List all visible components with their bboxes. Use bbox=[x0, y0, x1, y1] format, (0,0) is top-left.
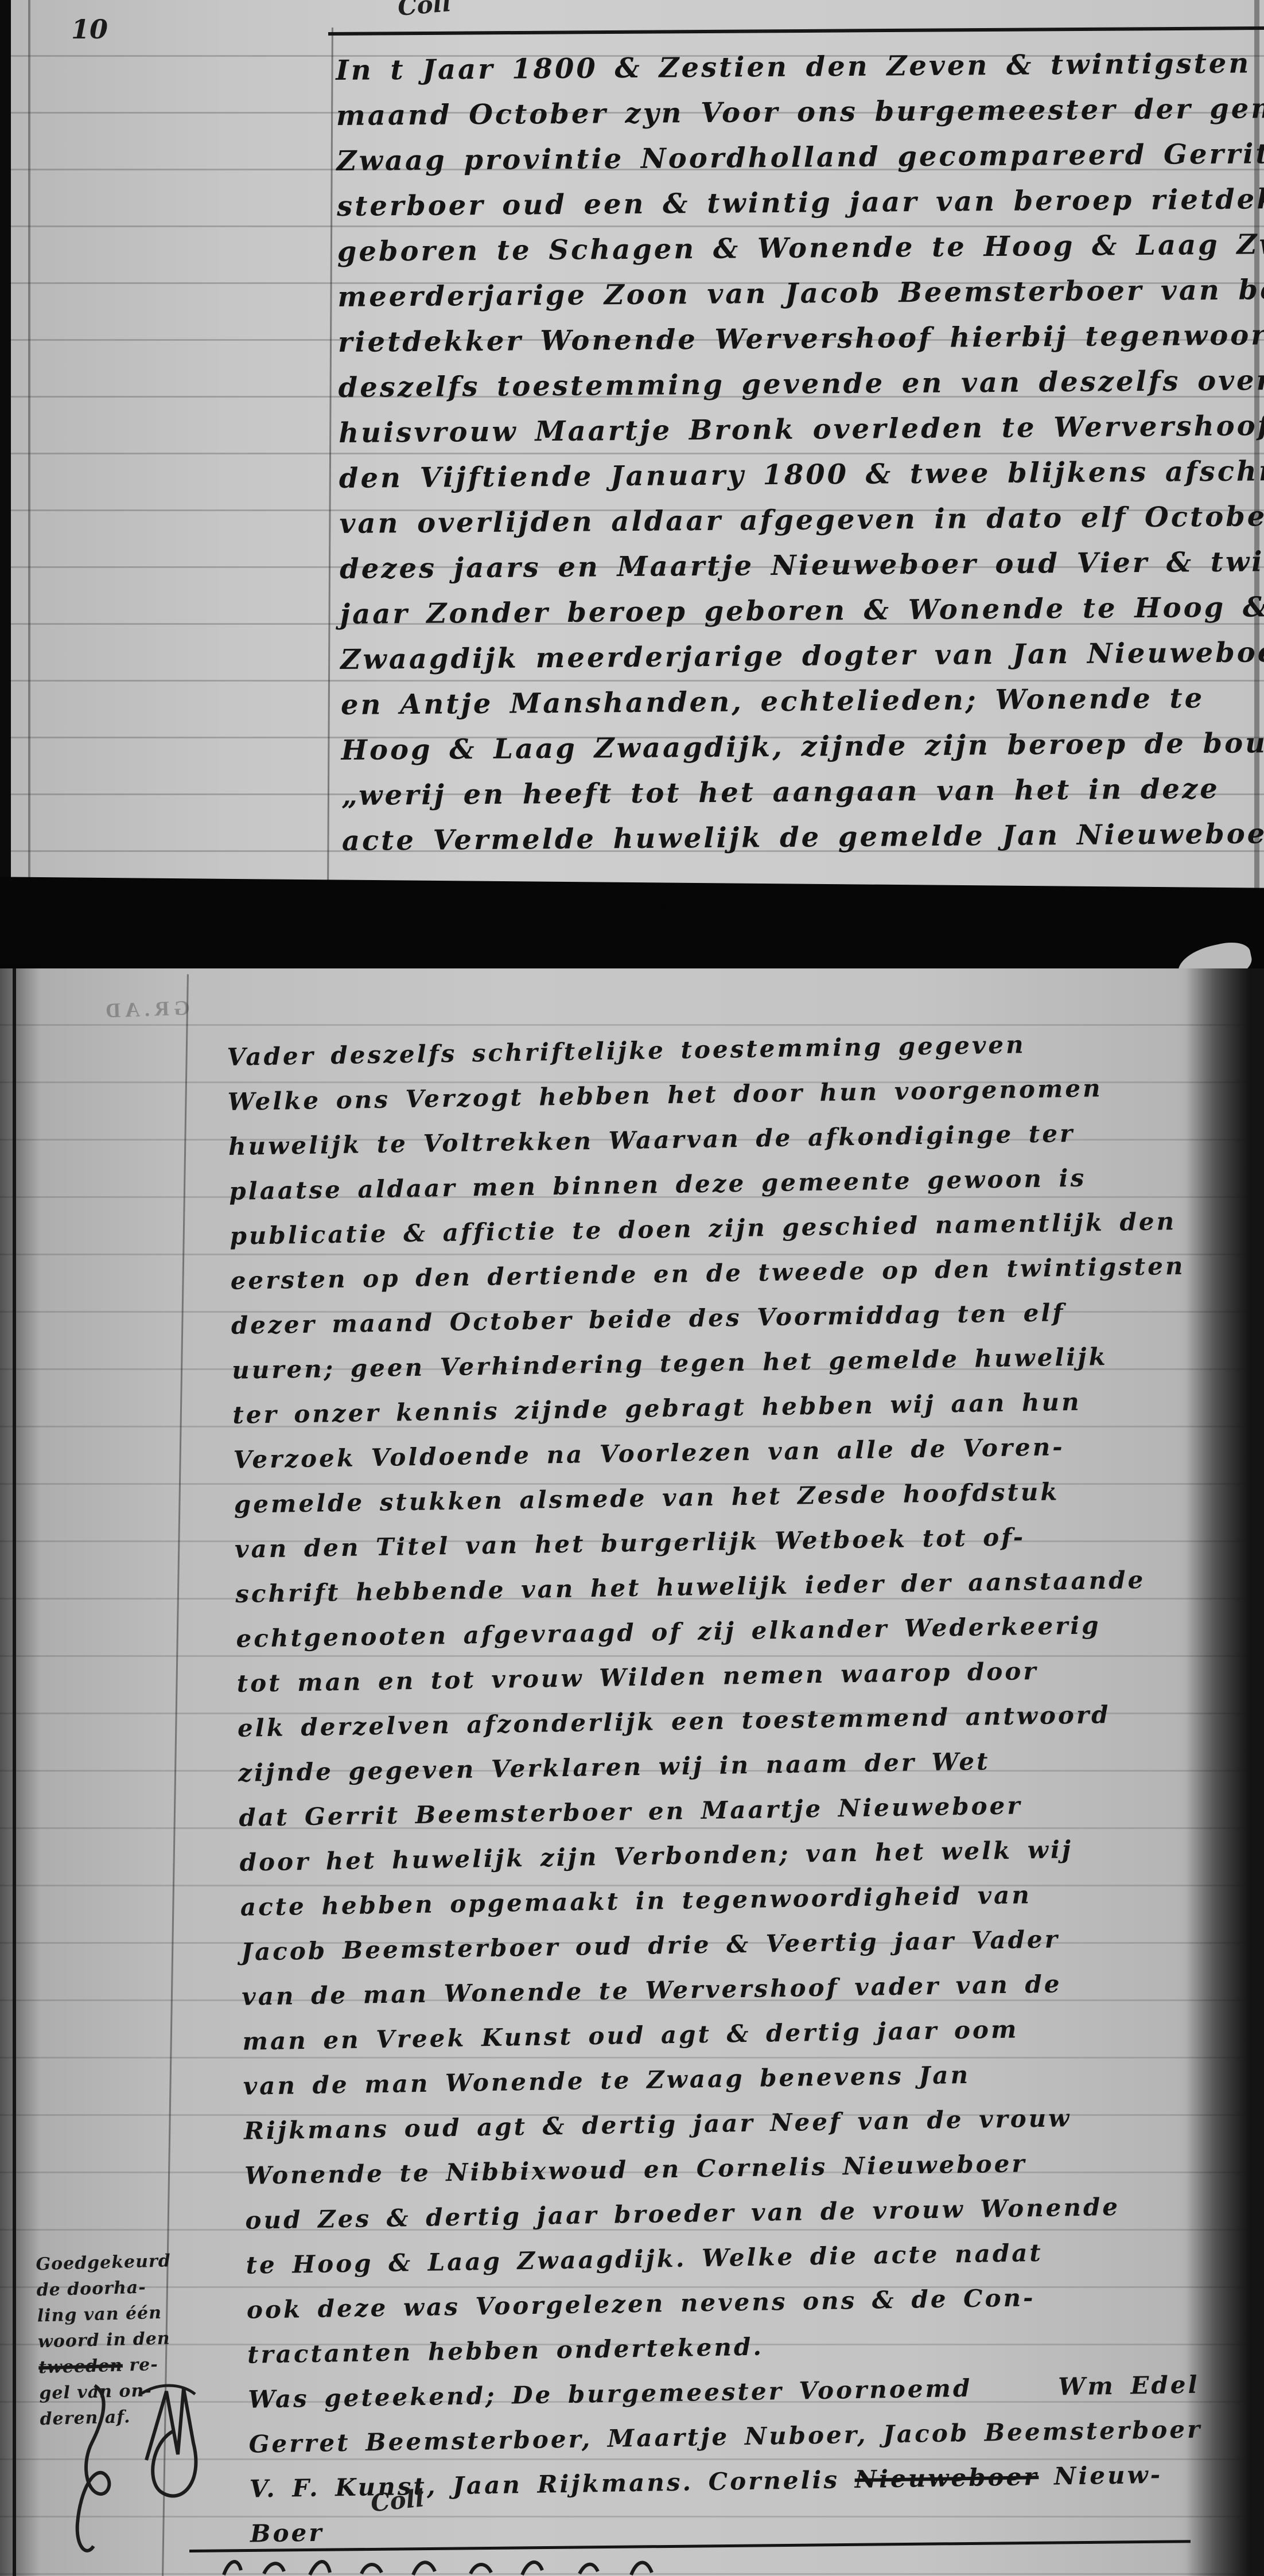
act-header-rule bbox=[328, 26, 1264, 36]
manuscript-line: geboren te Schagen & Wonende te Hoog & L… bbox=[337, 221, 1264, 275]
manuscript-line: sterboer oud een & twintig jaar van bero… bbox=[337, 176, 1264, 229]
act-record-number: 10 bbox=[71, 14, 108, 45]
page-edge-line bbox=[13, 968, 16, 2576]
manuscript-line: rietdekker Wonende Wervershoof hierbij t… bbox=[338, 312, 1264, 365]
inspection-stamp-offset: GR.AD bbox=[100, 995, 190, 1022]
act-text-page2: Vader deszelfs schriftelijke toestemming… bbox=[227, 1020, 1205, 2556]
collation-mark-top: Coll bbox=[396, 0, 452, 21]
manuscript-line: meerderjarige Zoon van Jacob Beemsterboe… bbox=[337, 266, 1264, 320]
text-segment: re- bbox=[122, 2355, 158, 2376]
page-binding-edge bbox=[0, 0, 11, 890]
manuscript-line: Zwaag provintie Noordholland gecompareer… bbox=[336, 130, 1264, 184]
text-segment: Nieuweboer bbox=[854, 2462, 1039, 2493]
manuscript-line: In t Jaar 1800 & Zestien den Zeven & twi… bbox=[336, 40, 1264, 94]
manuscript-line: en Antje Manshanden, echtelieden; Wonend… bbox=[341, 674, 1264, 728]
paraph-signature-icon bbox=[60, 2374, 232, 2563]
register-page-top: 10 Coll In t Jaar 1800 & Zestien den Zev… bbox=[0, 0, 1264, 890]
collation-mark-bottom: Coll bbox=[370, 2484, 426, 2517]
page-edge-line bbox=[28, 0, 30, 890]
manuscript-line: Hoog & Laag Zwaagdijk, zijnde zijn beroe… bbox=[341, 719, 1264, 773]
scanned-register-spread: 10 Coll In t Jaar 1800 & Zestien den Zev… bbox=[0, 0, 1264, 2576]
text-segment: Wm Edel bbox=[1058, 2371, 1200, 2401]
manuscript-line: van overlijden aldaar afgegeven in dato … bbox=[339, 493, 1264, 547]
manuscript-line: Zwaagdijk meerderjarige dogter van Jan N… bbox=[340, 629, 1264, 683]
manuscript-line: huisvrouw Maartje Bronk overleden te Wer… bbox=[339, 402, 1264, 456]
page-left-shadow bbox=[0, 968, 40, 2576]
margin-rule-line bbox=[327, 28, 333, 890]
act-text-page1: In t Jaar 1800 & Zestien den Zeven & twi… bbox=[336, 40, 1264, 864]
manuscript-line: „werij en heeft tot het aangaan van het … bbox=[341, 765, 1264, 819]
next-act-partial-strokes-icon bbox=[212, 2553, 729, 2576]
manuscript-line: deszelfs toestemming gevende en van desz… bbox=[338, 357, 1264, 411]
text-segment: Nieuw- bbox=[1039, 2461, 1163, 2491]
text-segment: V. F. Kunst, Jaan Rijkmans. Cornelis bbox=[249, 2465, 855, 2503]
manuscript-line: dezes jaars en Maartje Nieuweboer oud Vi… bbox=[340, 538, 1264, 592]
manuscript-line: jaar Zonder beroep geboren & Wonende te … bbox=[340, 583, 1264, 637]
manuscript-line: maand October zyn Voor ons burgemeester … bbox=[336, 85, 1264, 139]
manuscript-line: den Vijftiende January 1800 & twee blijk… bbox=[339, 448, 1264, 501]
register-page-bottom: GR.AD Vader deszelfs schriftelijke toest… bbox=[0, 968, 1264, 2576]
manuscript-line: acte Vermelde huwelijk de gemelde Jan Ni… bbox=[342, 810, 1264, 864]
text-segment: Was geteekend; De burgemeester Voornoemd bbox=[248, 2374, 973, 2414]
